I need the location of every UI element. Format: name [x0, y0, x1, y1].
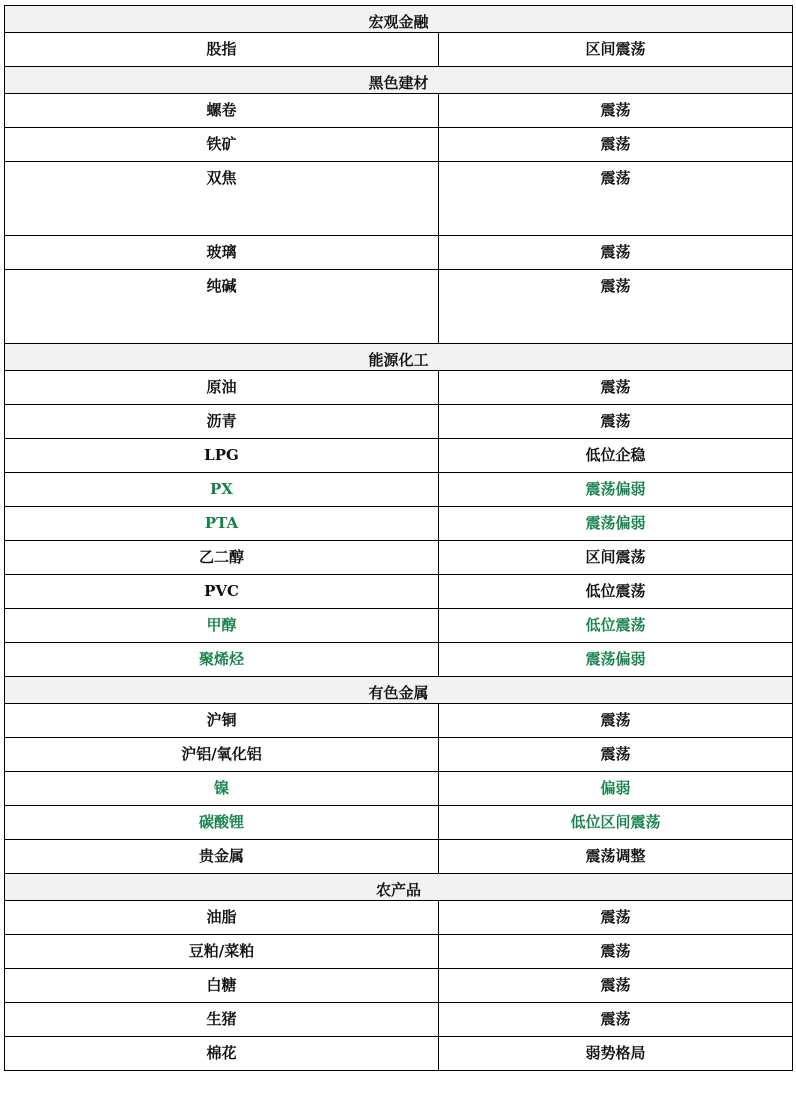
- product-cell: 碳酸锂: [5, 806, 439, 840]
- product-cell: 股指: [5, 33, 439, 67]
- view-cell: 震荡: [439, 969, 793, 1003]
- table-row: 甲醇 低位震荡: [5, 609, 793, 643]
- view-cell: 震荡: [439, 1003, 793, 1037]
- product-cell: PTA: [5, 507, 439, 541]
- table-row: 铁矿 震荡: [5, 128, 793, 162]
- view-cell: 震荡: [439, 236, 793, 270]
- view-cell: 震荡: [439, 371, 793, 405]
- table-row: LPG 低位企稳: [5, 439, 793, 473]
- view-cell: 震荡: [439, 935, 793, 969]
- view-cell: 震荡: [439, 901, 793, 935]
- product-cell: 油脂: [5, 901, 439, 935]
- view-cell: 偏弱: [439, 772, 793, 806]
- product-cell: 聚烯烃: [5, 643, 439, 677]
- table-row: 白糖 震荡: [5, 969, 793, 1003]
- section-header-row: 黑色建材: [5, 67, 793, 94]
- section-title: 有色金属: [5, 677, 793, 704]
- section-header-row: 能源化工: [5, 344, 793, 371]
- view-cell: 震荡调整: [439, 840, 793, 874]
- view-cell: 震荡: [439, 128, 793, 162]
- product-cell: PX: [5, 473, 439, 507]
- product-cell: 双焦: [5, 162, 439, 236]
- table-row: 豆粕/菜粕 震荡: [5, 935, 793, 969]
- product-cell: 乙二醇: [5, 541, 439, 575]
- product-cell: 沪铝/氧化铝: [5, 738, 439, 772]
- section-header-row: 宏观金融: [5, 6, 793, 33]
- view-cell: 震荡偏弱: [439, 473, 793, 507]
- table-row: 贵金属 震荡调整: [5, 840, 793, 874]
- table-row: 原油 震荡: [5, 371, 793, 405]
- product-cell: 沪铜: [5, 704, 439, 738]
- table-row: 股指 区间震荡: [5, 33, 793, 67]
- view-cell: 震荡: [439, 270, 793, 344]
- table-row: 生猪 震荡: [5, 1003, 793, 1037]
- product-cell: 镍: [5, 772, 439, 806]
- view-cell: 区间震荡: [439, 541, 793, 575]
- product-cell: LPG: [5, 439, 439, 473]
- view-cell: 震荡: [439, 94, 793, 128]
- view-cell: 震荡偏弱: [439, 643, 793, 677]
- section-header-row: 农产品: [5, 874, 793, 901]
- view-cell: 低位企稳: [439, 439, 793, 473]
- table-row: 乙二醇 区间震荡: [5, 541, 793, 575]
- view-cell: 震荡: [439, 405, 793, 439]
- section-title: 能源化工: [5, 344, 793, 371]
- section-title: 宏观金融: [5, 6, 793, 33]
- product-cell: 沥青: [5, 405, 439, 439]
- product-cell: 贵金属: [5, 840, 439, 874]
- table-row: 螺卷 震荡: [5, 94, 793, 128]
- product-cell: 豆粕/菜粕: [5, 935, 439, 969]
- table-row: 玻璃 震荡: [5, 236, 793, 270]
- product-cell: PVC: [5, 575, 439, 609]
- product-cell: 螺卷: [5, 94, 439, 128]
- table-row: 油脂 震荡: [5, 901, 793, 935]
- table-row: 双焦 震荡: [5, 162, 793, 236]
- product-cell: 棉花: [5, 1037, 439, 1071]
- table-row: PVC 低位震荡: [5, 575, 793, 609]
- product-cell: 铁矿: [5, 128, 439, 162]
- view-cell: 低位震荡: [439, 609, 793, 643]
- table-row: PTA 震荡偏弱: [5, 507, 793, 541]
- view-cell: 低位区间震荡: [439, 806, 793, 840]
- table-row: 聚烯烃 震荡偏弱: [5, 643, 793, 677]
- product-cell: 纯碱: [5, 270, 439, 344]
- view-cell: 弱势格局: [439, 1037, 793, 1071]
- product-cell: 白糖: [5, 969, 439, 1003]
- table-row: 纯碱 震荡: [5, 270, 793, 344]
- product-cell: 生猪: [5, 1003, 439, 1037]
- view-cell: 震荡偏弱: [439, 507, 793, 541]
- table-row: 棉花 弱势格局: [5, 1037, 793, 1071]
- table-row: 镍 偏弱: [5, 772, 793, 806]
- product-cell: 玻璃: [5, 236, 439, 270]
- product-cell: 甲醇: [5, 609, 439, 643]
- view-cell: 震荡: [439, 704, 793, 738]
- table-row: 沥青 震荡: [5, 405, 793, 439]
- view-cell: 震荡: [439, 738, 793, 772]
- view-cell: 震荡: [439, 162, 793, 236]
- commodity-outlook-table: 宏观金融 股指 区间震荡 黑色建材 螺卷 震荡 铁矿 震荡 双焦 震荡 玻璃 震…: [4, 5, 793, 1071]
- product-cell: 原油: [5, 371, 439, 405]
- table-row: PX 震荡偏弱: [5, 473, 793, 507]
- table-row: 沪铜 震荡: [5, 704, 793, 738]
- table-row: 沪铝/氧化铝 震荡: [5, 738, 793, 772]
- view-cell: 低位震荡: [439, 575, 793, 609]
- table-row: 碳酸锂 低位区间震荡: [5, 806, 793, 840]
- section-header-row: 有色金属: [5, 677, 793, 704]
- section-title: 黑色建材: [5, 67, 793, 94]
- view-cell: 区间震荡: [439, 33, 793, 67]
- section-title: 农产品: [5, 874, 793, 901]
